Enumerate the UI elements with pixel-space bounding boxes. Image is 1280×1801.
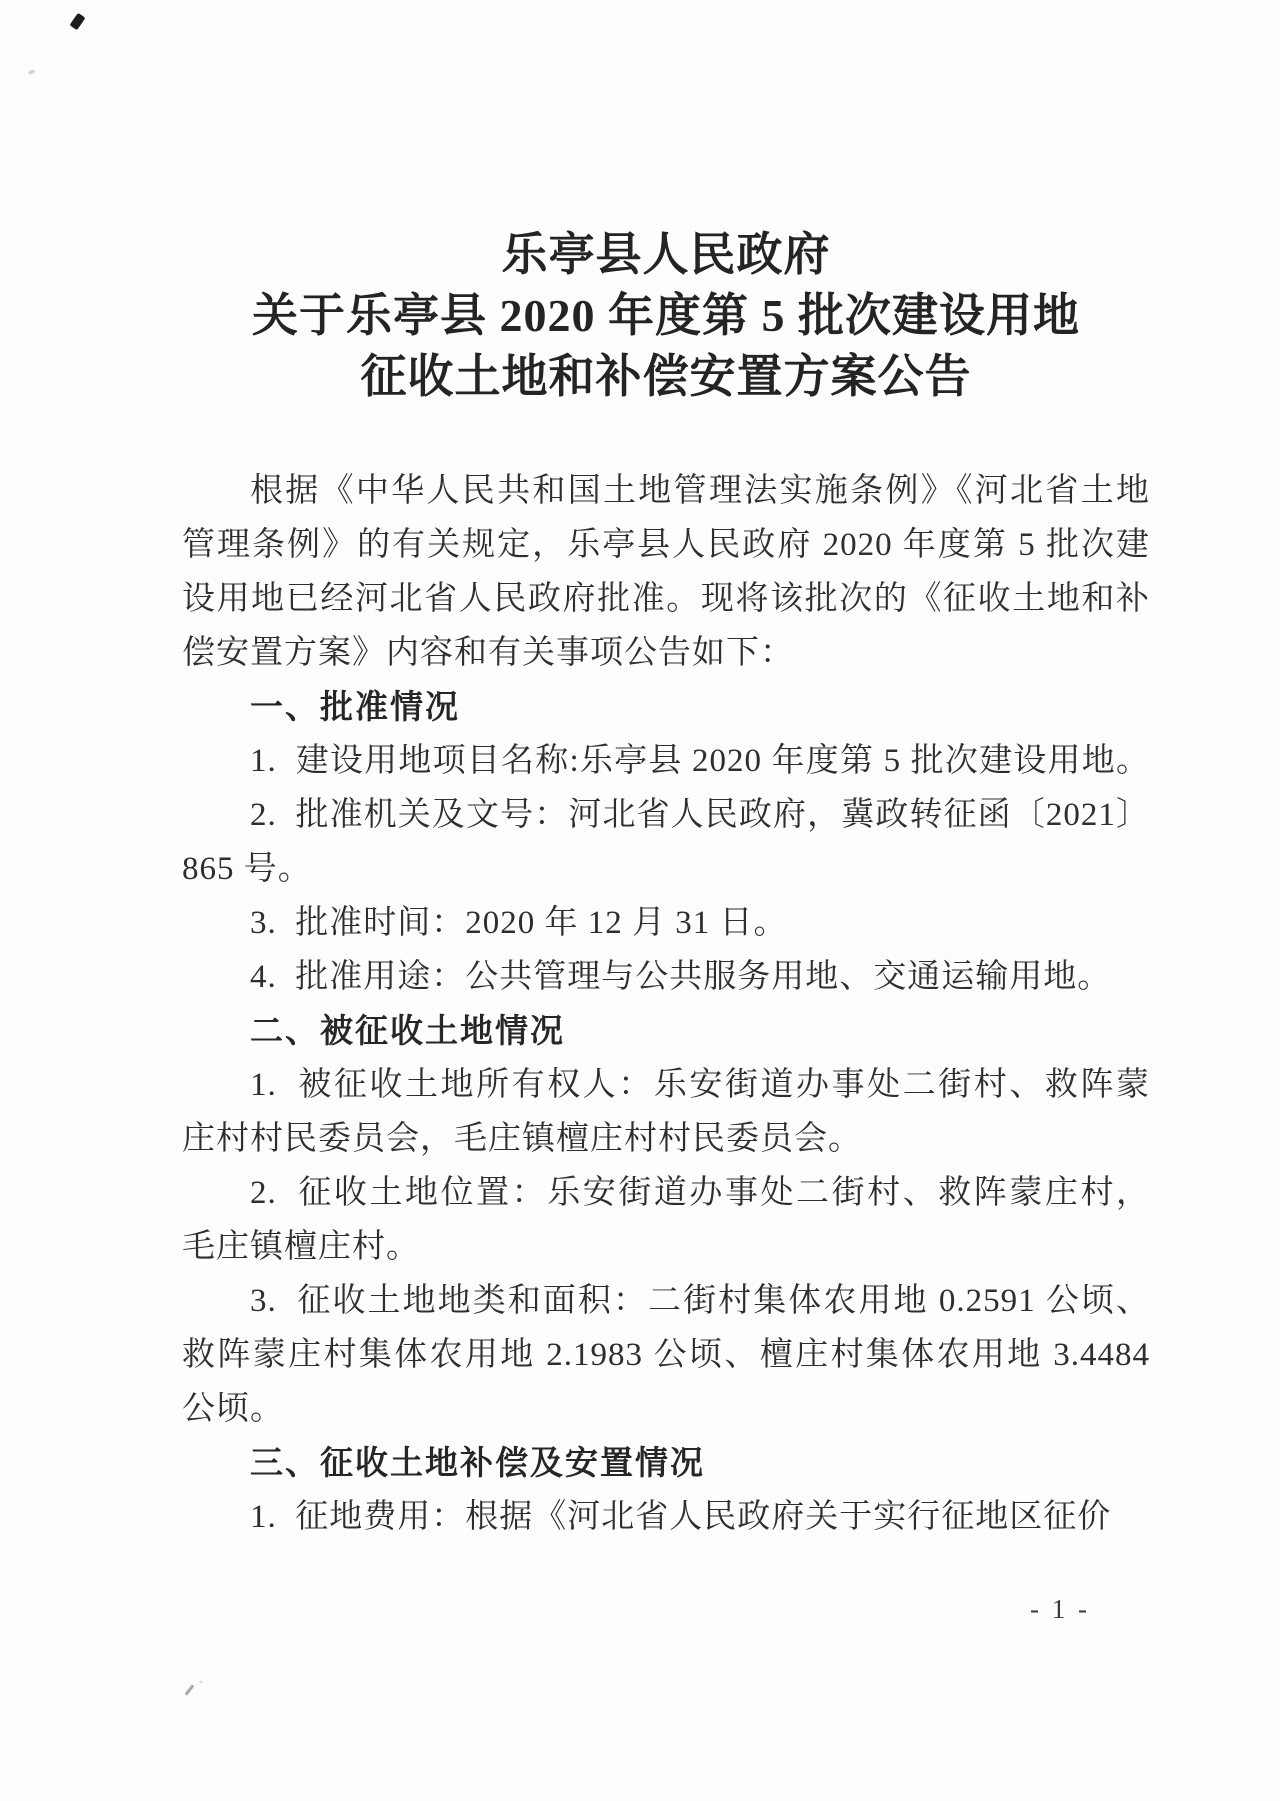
- page-number: - 1 -: [1030, 1594, 1170, 1625]
- body-line: 设用地已经河北省人民政府批准。现将该批次的《征收土地和补: [182, 572, 1150, 626]
- section-heading-1: 一、批准情况: [182, 680, 1150, 734]
- scan-speck-bottom-left: [185, 1684, 195, 1695]
- body-line: 1. 征地费用：根据《河北省人民政府关于实行征地区征价: [182, 1490, 1150, 1544]
- body-line: 865 号。: [182, 842, 1150, 896]
- body-line: 2. 批准机关及文号：河北省人民政府，冀政转征函〔2021〕: [182, 788, 1150, 842]
- body-line: 3. 批准时间：2020 年 12 月 31 日。: [182, 896, 1150, 950]
- body-line: 1. 建设用地项目名称:乐亭县 2020 年度第 5 批次建设用地。: [182, 734, 1150, 788]
- body-line: 4. 批准用途：公共管理与公共服务用地、交通运输用地。: [182, 950, 1150, 1004]
- body-line: 庄村村民委员会，毛庄镇檀庄村村民委员会。: [182, 1112, 1150, 1166]
- body-line: 公顷。: [182, 1382, 1150, 1436]
- body-line: 3. 征收土地地类和面积：二街村集体农用地 0.2591 公顷、: [182, 1274, 1150, 1328]
- document-body: 根据《中华人民共和国土地管理法实施条例》《河北省土地 管理条例》的有关规定，乐亭…: [182, 464, 1150, 1544]
- title-line-3: 征收土地和补偿安置方案公告: [182, 346, 1150, 407]
- body-line: 1. 被征收土地所有权人：乐安街道办事处二街村、救阵蒙: [182, 1058, 1150, 1112]
- body-line: 根据《中华人民共和国土地管理法实施条例》《河北省土地: [182, 464, 1150, 518]
- scan-speck-top-left: [28, 69, 36, 75]
- title-line-1: 乐亭县人民政府: [182, 224, 1150, 285]
- body-line: 救阵蒙庄村集体农用地 2.1983 公顷、檀庄村集体农用地 3.4484: [182, 1328, 1150, 1382]
- document-page: 乐亭县人民政府 关于乐亭县 2020 年度第 5 批次建设用地 征收土地和补偿安…: [0, 0, 1280, 1801]
- ink-blot-mark: [70, 13, 86, 30]
- body-line: 毛庄镇檀庄村。: [182, 1220, 1150, 1274]
- section-heading-3: 三、征收土地补偿及安置情况: [182, 1436, 1150, 1490]
- title-line-2: 关于乐亭县 2020 年度第 5 批次建设用地: [182, 285, 1150, 346]
- body-line: 偿安置方案》内容和有关事项公告如下：: [182, 626, 1150, 680]
- body-line: 2. 征收土地位置：乐安街道办事处二街村、救阵蒙庄村，: [182, 1166, 1150, 1220]
- body-line: 管理条例》的有关规定，乐亭县人民政府 2020 年度第 5 批次建: [182, 518, 1150, 572]
- section-heading-2: 二、被征收土地情况: [182, 1004, 1150, 1058]
- document-title: 乐亭县人民政府 关于乐亭县 2020 年度第 5 批次建设用地 征收土地和补偿安…: [182, 224, 1150, 407]
